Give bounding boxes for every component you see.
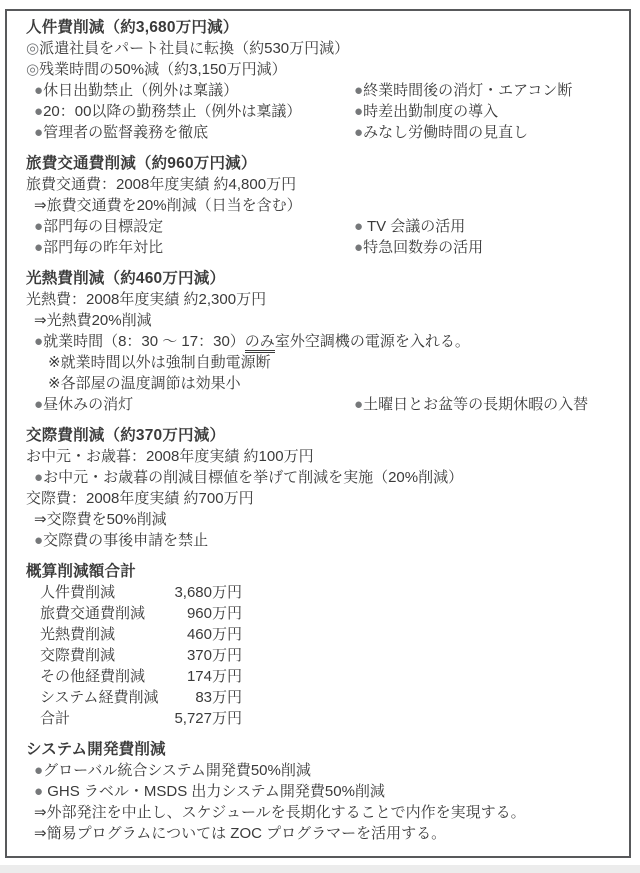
- plain-line: 光熱費：2008年度実績 約2,300万円: [26, 289, 613, 310]
- arrow-line: ⇒外部発注を中止し、スケジュールを長期化することで内作を実現する。: [34, 802, 613, 823]
- line-text: 室外空調機の電源を入れる。: [275, 333, 470, 350]
- section-summary-total: 概算削減額合計 人件費削減3,680万円 旅費交通費削減960万円 光熱費削減4…: [26, 561, 613, 729]
- bullet-line: ● GHS ラベル・MSDS 出力システム開発費50%削減: [34, 781, 613, 802]
- arrow-line: ⇒交際費を50%削減: [34, 509, 613, 530]
- line-text: 休日出勤禁止（例外は稟議）: [43, 82, 238, 99]
- bullet-icon: ●: [34, 762, 43, 779]
- line-text: 就業時間（8：30 ～ 17：30）: [43, 333, 245, 350]
- bullet-icon: ●: [34, 82, 43, 99]
- line-text: 旅費交通費を20%削減（日当を含む）: [47, 197, 302, 214]
- arrow-icon: ⇒: [34, 197, 47, 214]
- bullet-icon: ●: [34, 396, 43, 413]
- bullet-icon: ●: [34, 783, 43, 800]
- summary-label: 交際費削減: [40, 645, 168, 666]
- summary-label: 旅費交通費削減: [40, 603, 168, 624]
- line-text: 各部屋の温度調節は効果小: [61, 375, 241, 392]
- line-text: GHS ラベル・MSDS 出力システム開発費50%削減: [43, 783, 385, 800]
- line-text: 派遣社員をパート社員に転換（約530万円減）: [39, 40, 349, 57]
- line-text: 就業時間以外は強制自動電源断: [61, 354, 271, 371]
- bullet-line: ◎派遣社員をパート社員に転換（約530万円減）: [26, 38, 613, 59]
- section-heading: 人件費削減（約3,680万円減）: [26, 17, 613, 38]
- left-item: ●部門毎の昨年対比: [34, 237, 354, 258]
- line-text: 外部発注を中止し、スケジュールを長期化することで内作を実現する。: [47, 804, 526, 821]
- section-heading: 交際費削減（約370万円減）: [26, 425, 613, 446]
- bullet-icon: ●: [34, 333, 43, 350]
- line-text: 交際費を50%削減: [47, 511, 167, 528]
- summary-row: 光熱費削減460万円: [40, 624, 613, 645]
- section-utility-cost: 光熱費削減（約460万円減） 光熱費：2008年度実績 約2,300万円 ⇒光熱…: [26, 268, 613, 415]
- line-text: 終業時間後の消灯・エアコン断: [363, 82, 572, 99]
- summary-amount: 83万円: [168, 687, 242, 708]
- two-column-row: ●休日出勤禁止（例外は稟議） ●終業時間後の消灯・エアコン断: [34, 80, 613, 101]
- page: { "theme": { "text_color": "#3a3a3a", "b…: [0, 0, 640, 873]
- right-item: ●土曜日とお盆等の長期休暇の入替: [354, 394, 613, 415]
- bullet-icon: ●: [34, 124, 43, 141]
- arrow-line: ⇒光熱費20%削減: [34, 310, 613, 331]
- bullet-line: ◎残業時間の50%減（約3,150万円減）: [26, 59, 613, 80]
- summary-amount: 5,727万円: [168, 708, 242, 729]
- summary-label: その他経費削減: [40, 666, 168, 687]
- bullet-icon: ●: [34, 218, 43, 235]
- line-text: 土曜日とお盆等の長期休暇の入替: [363, 396, 588, 413]
- right-item: ●みなし労働時間の見直し: [354, 122, 613, 143]
- line-text: 交際費の事後申請を禁止: [43, 532, 208, 549]
- two-column-row: ●管理者の監督義務を徹底 ●みなし労働時間の見直し: [34, 122, 613, 143]
- summary-row: その他経費削減174万円: [40, 666, 613, 687]
- bullet-icon: ●: [34, 103, 43, 120]
- summary-label: 光熱費削減: [40, 624, 168, 645]
- bullet-line-with-emphasis: ●就業時間（8：30 ～ 17：30）のみ室外空調機の電源を入れる。: [34, 331, 613, 352]
- line-text: お中元・お歳暮の削減目標値を挙げて削減を実施（20%削減）: [43, 469, 463, 486]
- summary-row: 交際費削減370万円: [40, 645, 613, 666]
- bullet-icon: ●: [354, 396, 363, 413]
- line-text: 部門毎の目標設定: [43, 218, 163, 235]
- section-travel-cost: 旅費交通費削減（約960万円減） 旅費交通費：2008年度実績 約4,800万円…: [26, 153, 613, 258]
- left-item: ●管理者の監督義務を徹底: [34, 122, 354, 143]
- line-text: みなし労働時間の見直し: [363, 124, 528, 141]
- arrow-icon: ⇒: [34, 312, 47, 329]
- plain-line: お中元・お歳暮：2008年度実績 約100万円: [26, 446, 613, 467]
- summary-label: 人件費削減: [40, 582, 168, 603]
- section-system-dev-cost: システム開発費削減 ●グローバル統合システム開発費50%削減 ● GHS ラベル…: [26, 739, 613, 844]
- arrow-line: ⇒簡易プログラムについては ZOC プログラマーを活用する。: [34, 823, 613, 844]
- bullet-line: ●交際費の事後申請を禁止: [34, 530, 613, 551]
- page-edge-shadow: [0, 865, 640, 873]
- underlined-text: のみ: [245, 333, 275, 353]
- left-item: ●20：00以降の勤務禁止（例外は稟議）: [34, 101, 354, 122]
- section-heading: 概算削減額合計: [26, 561, 613, 582]
- line-text: 簡易プログラムについては ZOC プログラマーを活用する。: [47, 825, 447, 842]
- left-item: ●昼休みの消灯: [34, 394, 354, 415]
- right-item: ●特急回数券の活用: [354, 237, 613, 258]
- summary-amount: 174万円: [168, 666, 242, 687]
- line-text: TV 会議の活用: [363, 218, 465, 235]
- two-column-row: ●20：00以降の勤務禁止（例外は稟議） ●時差出勤制度の導入: [34, 101, 613, 122]
- note-icon: ※: [48, 354, 61, 371]
- summary-amount: 460万円: [168, 624, 242, 645]
- bullet-line: ●グローバル統合システム開発費50%削減: [34, 760, 613, 781]
- line-text: 特急回数券の活用: [363, 239, 483, 256]
- summary-row: システム経費削減83万円: [40, 687, 613, 708]
- summary-row: 人件費削減3,680万円: [40, 582, 613, 603]
- bullet-icon: ●: [34, 469, 43, 486]
- note-line: ※就業時間以外は強制自動電源断: [48, 352, 613, 373]
- plain-line: 交際費：2008年度実績 約700万円: [26, 488, 613, 509]
- section-heading: システム開発費削減: [26, 739, 613, 760]
- bullet-icon: ●: [34, 532, 43, 549]
- arrow-icon: ⇒: [34, 804, 47, 821]
- arrow-icon: ⇒: [34, 511, 47, 528]
- bullet-icon: ●: [354, 239, 363, 256]
- document-frame: 人件費削減（約3,680万円減） ◎派遣社員をパート社員に転換（約530万円減）…: [5, 9, 631, 858]
- right-item: ●時差出勤制度の導入: [354, 101, 613, 122]
- plain-line: 旅費交通費：2008年度実績 約4,800万円: [26, 174, 613, 195]
- left-item: ●休日出勤禁止（例外は稟議）: [34, 80, 354, 101]
- line-text: 昼休みの消灯: [43, 396, 133, 413]
- section-heading: 光熱費削減（約460万円減）: [26, 268, 613, 289]
- arrow-icon: ⇒: [34, 825, 47, 842]
- summary-row: 旅費交通費削減960万円: [40, 603, 613, 624]
- line-text: 残業時間の50%減（約3,150万円減）: [39, 61, 287, 78]
- note-line: ※各部屋の温度調節は効果小: [48, 373, 613, 394]
- summary-amount: 960万円: [168, 603, 242, 624]
- double-circle-icon: ◎: [26, 61, 39, 78]
- section-heading: 旅費交通費削減（約960万円減）: [26, 153, 613, 174]
- line-text: 部門毎の昨年対比: [43, 239, 163, 256]
- line-text: 管理者の監督義務を徹底: [43, 124, 208, 141]
- line-text: 時差出勤制度の導入: [363, 103, 498, 120]
- right-item: ● TV 会議の活用: [354, 216, 613, 237]
- two-column-row: ●昼休みの消灯 ●土曜日とお盆等の長期休暇の入替: [34, 394, 613, 415]
- arrow-line: ⇒旅費交通費を20%削減（日当を含む）: [34, 195, 613, 216]
- right-item: ●終業時間後の消灯・エアコン断: [354, 80, 613, 101]
- summary-row-total: 合計5,727万円: [40, 708, 613, 729]
- line-text: グローバル統合システム開発費50%削減: [43, 762, 311, 779]
- bullet-icon: ●: [34, 239, 43, 256]
- two-column-row: ●部門毎の昨年対比 ●特急回数券の活用: [34, 237, 613, 258]
- two-column-row: ●部門毎の目標設定 ● TV 会議の活用: [34, 216, 613, 237]
- left-item: ●部門毎の目標設定: [34, 216, 354, 237]
- bullet-icon: ●: [354, 218, 363, 235]
- summary-amount: 370万円: [168, 645, 242, 666]
- bullet-line: ●お中元・お歳暮の削減目標値を挙げて削減を実施（20%削減）: [34, 467, 613, 488]
- bullet-icon: ●: [354, 82, 363, 99]
- bullet-icon: ●: [354, 103, 363, 120]
- summary-amount: 3,680万円: [168, 582, 242, 603]
- summary-label: 合計: [40, 708, 168, 729]
- line-text: 光熱費20%削減: [47, 312, 152, 329]
- section-personnel-cost: 人件費削減（約3,680万円減） ◎派遣社員をパート社員に転換（約530万円減）…: [26, 17, 613, 143]
- section-entertainment-cost: 交際費削減（約370万円減） お中元・お歳暮：2008年度実績 約100万円 ●…: [26, 425, 613, 551]
- summary-label: システム経費削減: [40, 687, 168, 708]
- note-icon: ※: [48, 375, 61, 392]
- bullet-icon: ●: [354, 124, 363, 141]
- line-text: 20：00以降の勤務禁止（例外は稟議）: [43, 103, 301, 120]
- double-circle-icon: ◎: [26, 40, 39, 57]
